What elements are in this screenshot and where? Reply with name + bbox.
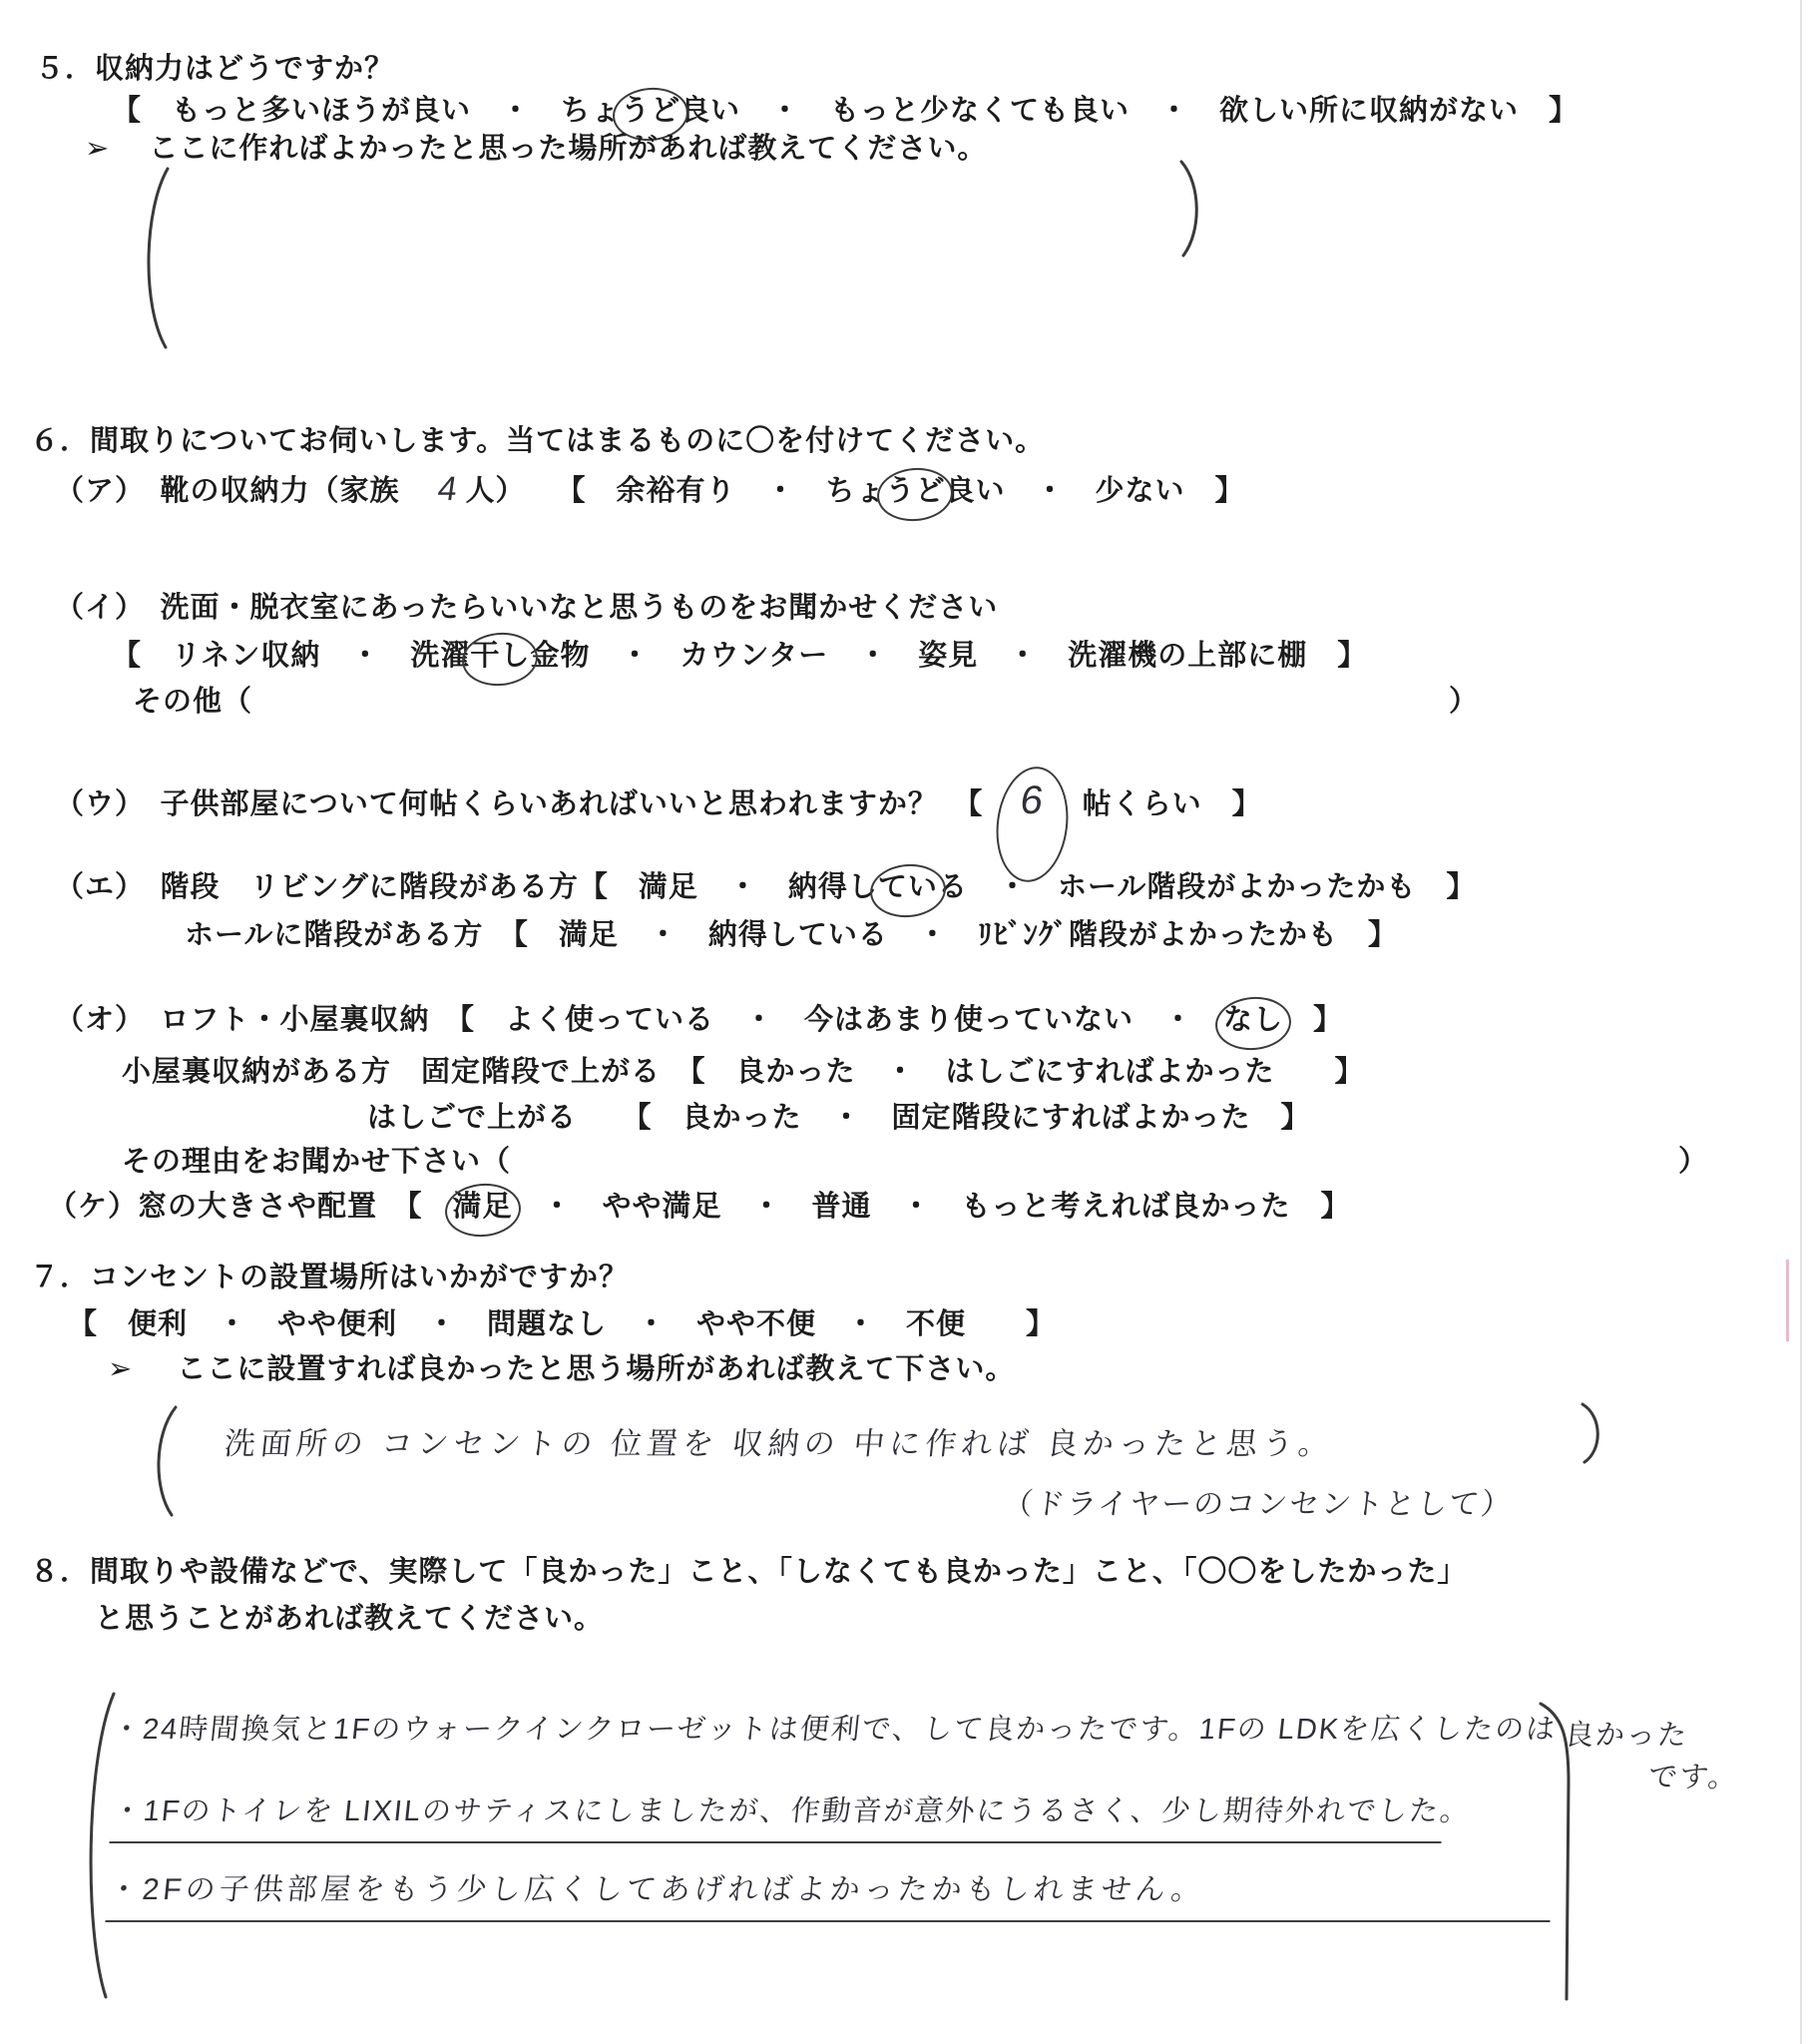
q8-title-line2: と思うことがあれば教えてください。 (95, 1602, 604, 1637)
q6-o-reason-close-paren: ） (1678, 1145, 1708, 1180)
q5-options-post: 良い ・ もっと少なくても良い ・ 欲しい所に収納がない 】 (680, 95, 1579, 127)
q5-options-pre: 【 もっと多いほうが良い ・ ちょ (112, 95, 621, 127)
q7-prompt: ここに設置すれば良かったと思う場所があれば教えて下さい。 (177, 1353, 1015, 1385)
q7-handwritten-answer-1: 洗面所の コンセントの 位置を 収納の 中に作れば 良かったと思う。 (223, 1425, 1336, 1462)
q6-u-pre: （ウ） 子供部屋について何帖くらいあればいいと思われますか？ 【 (55, 788, 1013, 820)
q6-u-row: （ウ） 子供部屋について何帖くらいあればいいと思われますか？ 【 6 帖くらい … (55, 776, 1262, 824)
q6-ke-circle-mark: 満足 (453, 1190, 513, 1225)
q6-a-row: （ア） 靴の収納力（家族 4人） 【 余裕有り ・ ちょうど良い ・ 少ない 】 (55, 469, 1244, 510)
q6-i-other-label: その他（ (133, 685, 252, 720)
q6-e-row1-pre: （エ） 階段 リビングに階段がある方【 満足 ・ 納得し (55, 871, 878, 903)
q5-options: 【 もっと多いほうが良い ・ ちょうど良い ・ もっと少なくても良い ・ 欲しい… (112, 94, 1579, 129)
q6-i-circle-mark: 干し (470, 639, 530, 674)
q7-options: 【 便利 ・ やや便利 ・ 問題なし ・ やや不便 ・ 不便 】 (68, 1307, 1056, 1342)
q5-prompt: ここに作ればよかったと思った場所があれば教えてください。 (149, 133, 987, 165)
q6-i-other-close-paren: ） (1449, 685, 1479, 720)
q5-answer-bracket-left-icon (136, 166, 176, 351)
arrow-icon: ➢ (85, 133, 110, 165)
q6-u-handwritten-size: 6 (1010, 776, 1056, 824)
q6-o-row3: はしごで上がる 【 良かった ・ 固定階段にすればよかった 】 (367, 1101, 1311, 1136)
q5-answer-bracket-right-icon (1175, 160, 1211, 259)
q6-ke-post: ・ やや満足 ・ 普通 ・ もっと考えれば良かった 】 (513, 1191, 1351, 1223)
q7-answer-bracket-left-icon (146, 1405, 182, 1519)
q6-a-handwritten-count: 4 (427, 469, 469, 510)
arrow-icon: ➢ (108, 1353, 133, 1385)
q8-handwritten-line1-overflow1: 良かった (1563, 1719, 1690, 1754)
q6-e-row1-post: る ・ ホール階段がよかったかも 】 (938, 871, 1476, 903)
q6-o-row2: 小屋裏収納がある方 固定階段で上がる 【 良かった ・ はしごにすればよかった … (122, 1055, 1365, 1090)
scan-edge-line (1800, 0, 1802, 2044)
q8-handwritten-line2: ・1Fのトイレを LIXILのサティスにしましたが、作動音が意外にうるさく、少し… (109, 1794, 1446, 1843)
q6-o-reason-label: その理由をお聞かせ下さい（ (122, 1145, 511, 1180)
q6-e-row2: ホールに階段がある方 【 満足 ・ 納得している ・ ﾘﾋﾞﾝｸﾞ階段がよかった… (185, 918, 1398, 953)
q6-ke-pre: （ケ）窓の大きさや配置 【 (48, 1191, 453, 1223)
q6-i-options: 【 リネン収納 ・ 洗濯干し金物 ・ カウンター ・ 姿見 ・ 洗濯機の上部に棚… (112, 639, 1367, 674)
q6-title: ６．間取りについてお伺いします。当てはまるものに〇を付けてください。 (30, 424, 1045, 459)
q6-i-options-pre: 【 リネン収納 ・ 洗濯 (112, 640, 470, 672)
q6-u-post: 帖くらい 】 (1053, 788, 1262, 820)
q7-title: ７．コンセントの設置場所はいかがですか？ (30, 1261, 629, 1295)
q6-o-row1-pre: （オ） ロフト・小屋裏収納 【 よく使っている ・ 今はあまり使っていない ・ (55, 1004, 1223, 1036)
q7-handwritten-answer-2: （ドライヤーのコンセントとして） (1001, 1487, 1515, 1523)
q6-a-pre: （ア） 靴の収納力（家族 (55, 475, 430, 507)
q6-i-title: （イ） 洗面・脱衣室にあったらいいなと思うものをお聞かせください (55, 591, 998, 626)
q5-prompt-row: ➢ ここに作ればよかったと思った場所があれば教えてください。 (85, 132, 987, 167)
q5-title: ５．収納力はどうですか？ (35, 52, 394, 87)
q6-i-options-post: 金物 ・ カウンター ・ 姿見 ・ 洗濯機の上部に棚 】 (530, 640, 1367, 672)
q8-handwritten-line3: ・2Fの子供部屋をもう少し広くしてあげればよかったかもしれません。 (105, 1872, 1555, 1922)
q8-title-line1: ８．間取りや設備などで、実際して「良かった」こと、「しなくても良かった」こと、「… (30, 1555, 1467, 1590)
q7-prompt-row: ➢ ここに設置すれば良かったと思う場所があれば教えて下さい。 (108, 1352, 1015, 1387)
q5-circle-mark: うど (621, 94, 680, 129)
q6-e-circle-mark: てい (878, 870, 938, 905)
scan-pink-mark (1786, 1260, 1789, 1341)
q8-handwritten-line1-overflow2: です。 (1646, 1761, 1740, 1795)
q6-ke-row: （ケ）窓の大きさや配置 【 満足 ・ やや満足 ・ 普通 ・ もっと考えれば良か… (48, 1190, 1351, 1225)
q6-e-row1: （エ） 階段 リビングに階段がある方【 満足 ・ 納得している ・ ホール階段が… (55, 870, 1476, 905)
q7-answer-bracket-right-icon (1579, 1402, 1608, 1466)
q6-o-row1: （オ） ロフト・小屋裏収納 【 よく使っている ・ 今はあまり使っていない ・ … (55, 1003, 1343, 1038)
q6-o-circle-mark: なし (1223, 1003, 1283, 1038)
q6-a-circle-mark: うど (885, 474, 945, 509)
q6-o-row1-post: 】 (1283, 1004, 1343, 1036)
questionnaire-page: ５．収納力はどうですか？ 【 もっと多いほうが良い ・ ちょうど良い ・ もっと… (0, 0, 1810, 2044)
q6-a-mid: 人） 【 余裕有り ・ ちょ (465, 475, 885, 507)
q6-a-post: 良い ・ 少ない 】 (945, 475, 1244, 507)
q8-handwritten-line1: ・24時間換気と1Fのウォークインクローゼットは便利で、して良かったです。1Fの… (110, 1713, 1559, 1748)
